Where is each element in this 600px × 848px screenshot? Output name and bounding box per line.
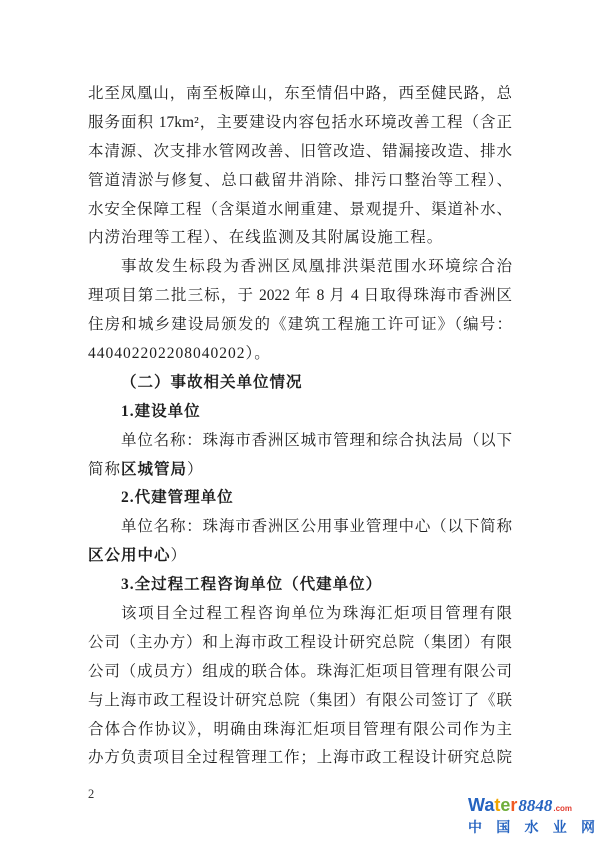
document-line: 服务面积 17km²，主要建设内容包括水环境改善工程（含正: [88, 109, 512, 138]
document-line: 合体合作协议》，明确由珠海汇炬项目管理有限公司作为主: [88, 716, 512, 745]
document-line: 本清源、次支排水管网改善、旧管改造、错漏接改造、排水: [88, 138, 512, 167]
document-line: 北至凤凰山，南至板障山，东至情侣中路，西至健民路，总: [88, 80, 512, 109]
document-line: 住房和城乡建设局颁发的《建筑工程施工许可证》（编号：: [88, 311, 512, 340]
document-body: 北至凤凰山，南至板障山，东至情侣中路，西至健民路，总服务面积 17km²，主要建…: [88, 80, 512, 773]
logo-site-name: 中国水业网: [468, 817, 595, 837]
water8848-watermark-logo: Water 8848 .com 中国水业网: [468, 795, 598, 837]
document-line: 简称区城管局）: [88, 456, 512, 485]
document-line: 办方负责项目全过程管理工作；上海市政工程设计研究总院: [88, 744, 512, 773]
logo-tld-com: .com: [553, 804, 572, 813]
logo-word-water: Water: [468, 795, 517, 816]
document-line: 单位名称：珠海市香洲区公用事业管理中心（以下简称: [88, 513, 512, 542]
document-line: 该项目全过程工程咨询单位为珠海汇炬项目管理有限: [88, 600, 512, 629]
logo-wordmark: Water 8848 .com: [468, 795, 598, 816]
document-line: 水安全保障工程（含渠道水闸重建、景观提升、渠道补水、: [88, 196, 512, 225]
document-line: 440402202208040202）。: [88, 340, 512, 369]
logo-number-8848: 8848: [518, 796, 552, 816]
document-line: 内涝治理等工程）、在线监测及其附属设施工程。: [88, 224, 512, 253]
document-line: 与上海市政工程设计研究总院（集团）有限公司签订了《联: [88, 687, 512, 716]
document-line: 1.建设单位: [88, 398, 512, 427]
document-line: 3.全过程工程咨询单位（代建单位）: [88, 571, 512, 600]
document-line: 公司（主办方）和上海市政工程设计研究总院（集团）有限: [88, 629, 512, 658]
document-line: 管道清淤与修复、总口截留井消除、排污口整治等工程）、: [88, 167, 512, 196]
document-line: 事故发生标段为香洲区凤凰排洪渠范围水环境综合治: [88, 253, 512, 282]
document-line: 单位名称：珠海市香洲区城市管理和综合执法局（以下: [88, 427, 512, 456]
document-line: 理项目第二批三标，于 2022 年 8 月 4 日取得珠海市香洲区: [88, 282, 512, 311]
document-line: 区公用中心）: [88, 542, 512, 571]
document-line: 2.代建管理单位: [88, 484, 512, 513]
document-line: （二）事故相关单位情况: [88, 369, 512, 398]
page-number: 2: [88, 787, 94, 802]
document-line: 公司（成员方）组成的联合体。珠海汇炬项目管理有限公司: [88, 658, 512, 687]
document-page: 北至凤凰山，南至板障山，东至情侣中路，西至健民路，总服务面积 17km²，主要建…: [0, 0, 600, 848]
